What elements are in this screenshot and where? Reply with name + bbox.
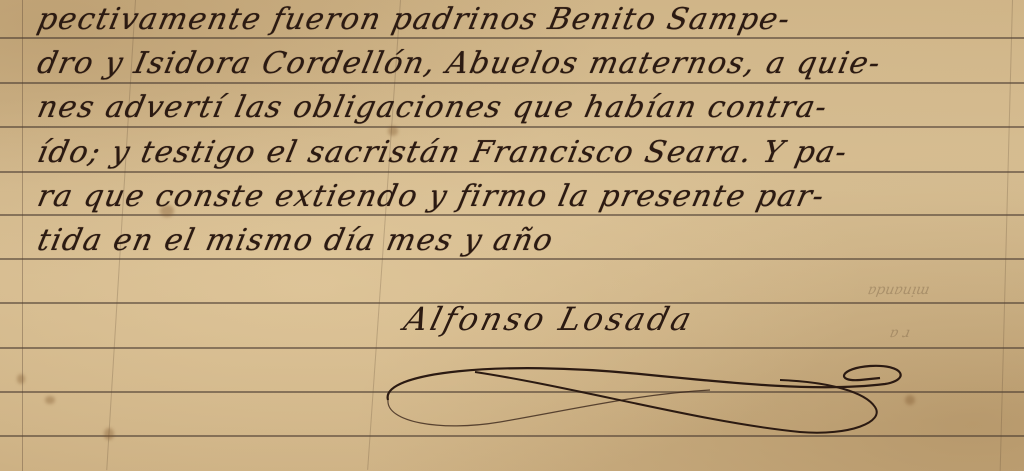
ruled-line [0,37,1024,39]
margin-line [22,0,23,471]
signature-rubric-flourish [380,352,920,452]
ruled-line [0,171,1024,173]
foxing-stain [17,374,25,384]
aged-paper-page: ɐpuɐuᴉɯ ɐ ɹ pectivamente fueron padrinos… [0,0,1024,471]
paper-crease [1000,0,1013,471]
handwriting-line-4: ído; y testigo el sacristán Francisco Se… [34,135,851,170]
ruled-line [0,258,1024,260]
handwriting-line-1: pectivamente fueron padrinos Benito Samp… [34,2,794,37]
signature: Alfonso Losada [400,300,698,338]
foxing-stain [104,428,114,440]
handwriting-line-2: dro y Isidora Cordellón, Abuelos materno… [34,46,884,81]
handwriting-line-5: ra que conste extiendo y firmo la presen… [34,179,828,214]
ruled-line [0,82,1024,84]
bleed-through-text: ɐpuɐuᴉɯ [867,282,931,298]
handwriting-line-3: nes advertí las obligaciones que habían … [34,90,831,125]
ruled-line [0,347,1024,349]
foxing-stain [45,396,55,404]
ruled-line [0,214,1024,216]
handwriting-line-6: tida en el mismo día mes y año [34,223,557,258]
ruled-line [0,126,1024,128]
bleed-through-text: ɐ ɹ [889,325,912,341]
